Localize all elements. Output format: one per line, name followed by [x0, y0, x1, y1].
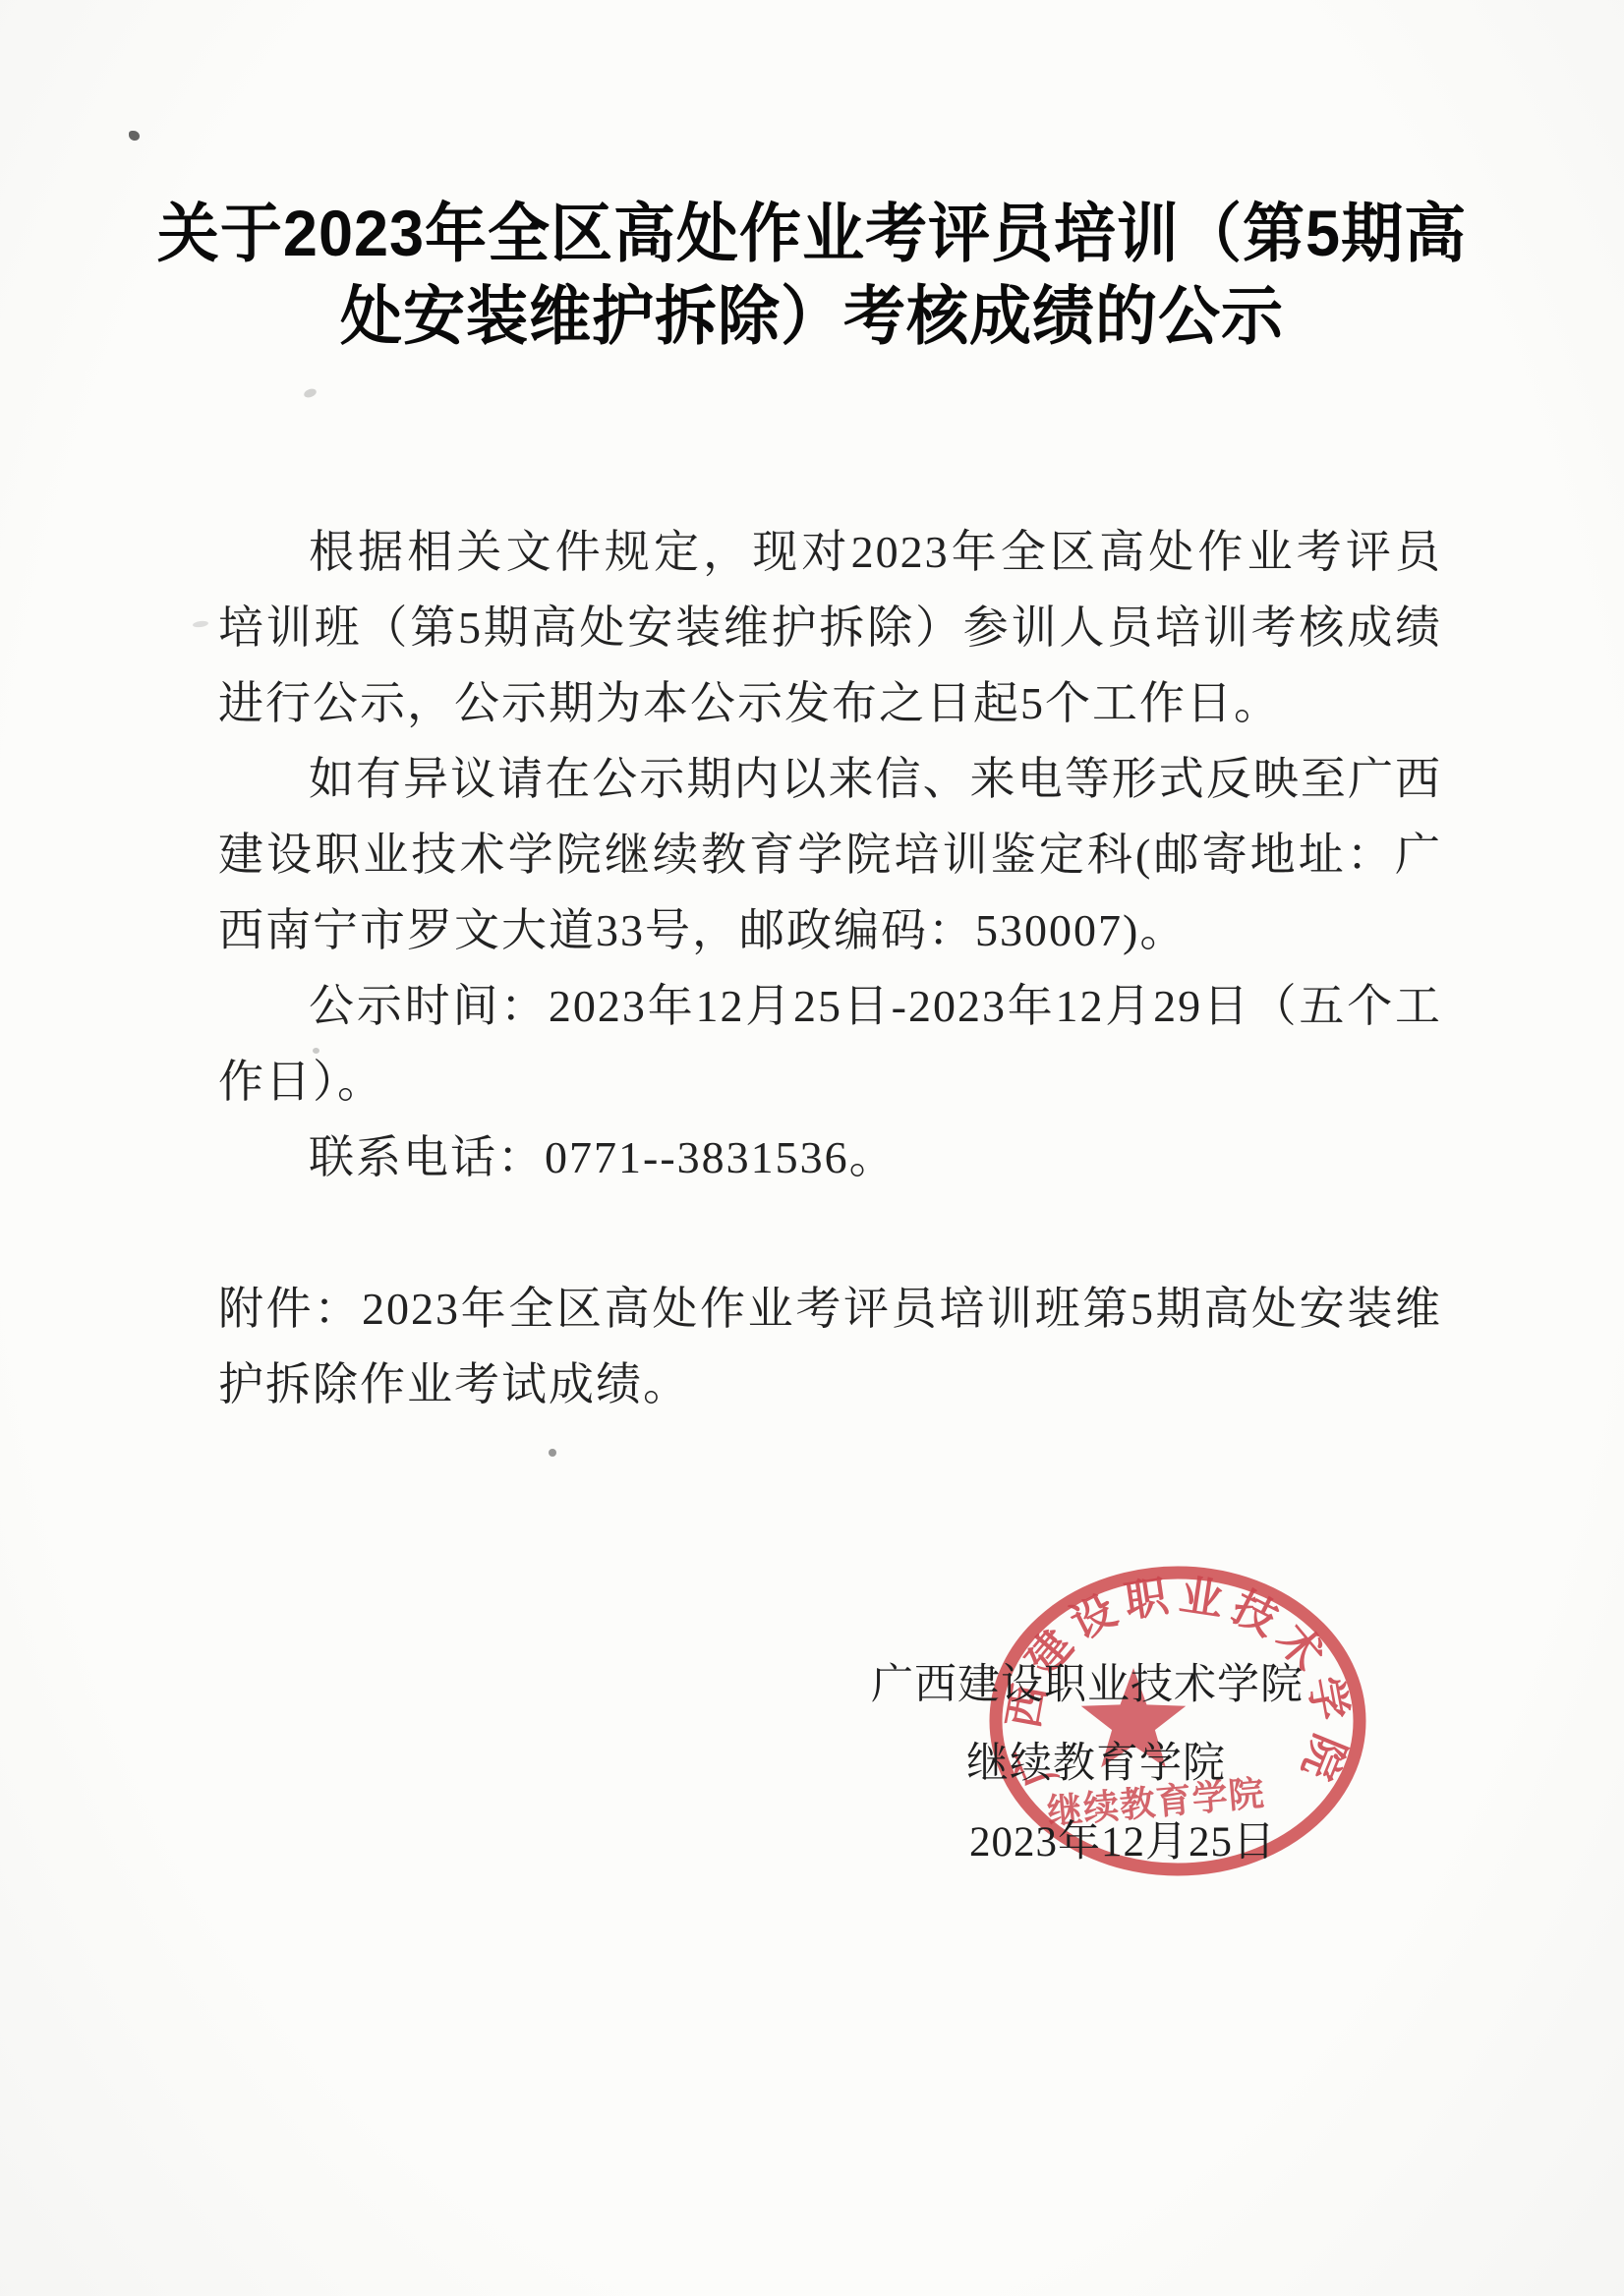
paragraph-phone: 联系电话：0771--3831536。 — [218, 1119, 1442, 1195]
signature-org-line1: 广西建设职业技术学院 — [841, 1663, 1333, 1708]
document-title: 关于2023年全区高处作业考评员培训（第5期高 处安装维护拆除）考核成绩的公示 — [108, 193, 1516, 358]
scan-speck — [193, 620, 209, 628]
scan-speck — [549, 1449, 556, 1457]
paragraph-regulation: 根据相关文件规定，现对2023年全区高处作业考评员培训班（第5期高处安装维护拆除… — [218, 514, 1442, 741]
paragraph-objection-contact: 如有异议请在公示期内以来信、来电等形式反映至广西建设职业技术学院继续教育学院培训… — [218, 741, 1442, 968]
scan-speck — [313, 1048, 319, 1054]
signature-date: 2023年12月25日 — [877, 1820, 1368, 1865]
paragraph-publicity-period: 公示时间：2023年12月25日-2023年12月29日（五个工作日）。 — [218, 968, 1442, 1119]
document-body: 根据相关文件规定，现对2023年全区高处作业考评员培训班（第5期高处安装维护拆除… — [218, 514, 1442, 1422]
title-line-2: 处安装维护拆除）考核成绩的公示 — [108, 273, 1516, 359]
scan-speck — [129, 131, 140, 141]
scan-speck — [303, 387, 318, 399]
title-line-1: 关于2023年全区高处作业考评员培训（第5期高 — [108, 191, 1516, 276]
document-page: 关于2023年全区高处作业考评员培训（第5期高 处安装维护拆除）考核成绩的公示 … — [0, 0, 1624, 2296]
signature-org-line2: 继续教育学院 — [850, 1742, 1342, 1787]
paragraph-attachment: 附件：2023年全区高处作业考评员培训班第5期高处安装维护拆除作业考试成绩。 — [218, 1271, 1442, 1422]
